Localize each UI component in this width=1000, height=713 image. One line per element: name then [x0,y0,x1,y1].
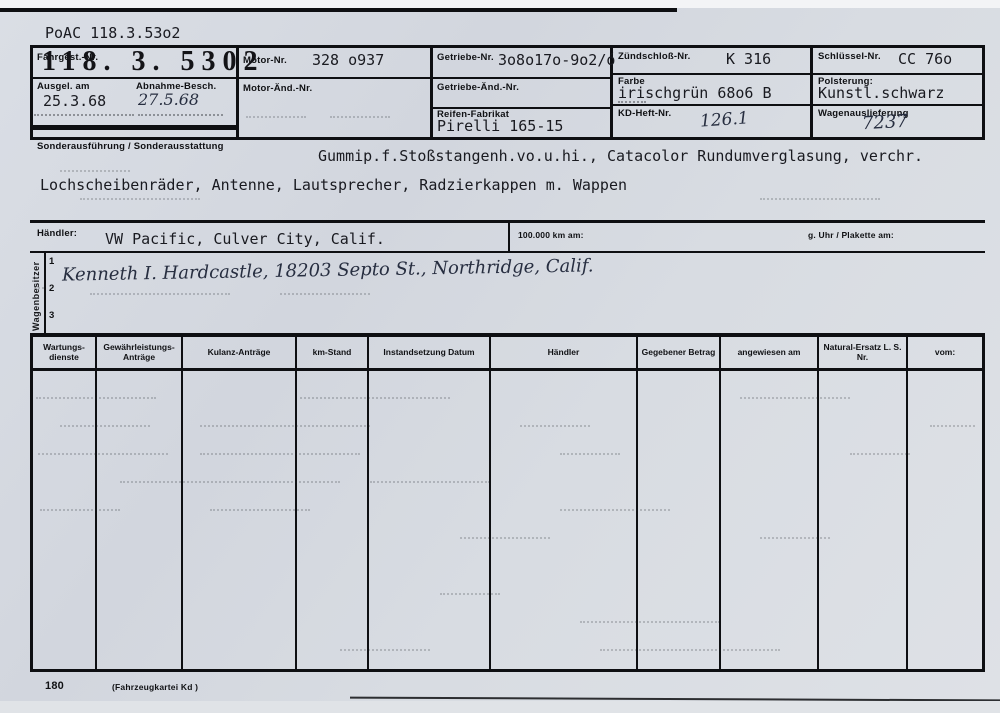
scan-bottom-margin [0,701,1000,713]
dotted-guide-line [560,453,620,455]
kd-heft-label: KD-Heft-Nr. [618,108,671,119]
motor-value: 328 o937 [312,51,384,69]
grid-line [30,251,985,253]
dotted-guide-line [120,481,340,483]
reference-number: PoAC 118.3.53o2 [45,24,180,42]
table-header-kulanz-antraege: Kulanz-Anträge [183,337,295,367]
table-header-wartungsdienste: Wartungs- dienste [33,337,95,367]
motor-aend-label: Motor-Änd.-Nr. [243,83,312,94]
grid-line [610,73,813,75]
table-header-vom: vom: [908,337,982,367]
grid-line [430,45,433,140]
sonder-label: Sonderausführung / Sonderausstattung [37,141,224,152]
table-column-line [489,333,491,672]
dotted-guide-line [210,509,310,511]
table-column-line [295,333,297,672]
zuendschloss-label: Zündschloß-Nr. [618,51,690,62]
dotted-guide-line [300,397,450,399]
dotted-guide-line [138,114,223,116]
footer-note: (Fahrzeugkartei Kd ) [112,682,198,692]
dotted-guide-line [370,481,490,483]
dotted-guide-line [520,425,590,427]
motor-label: Motor-Nr. [243,55,287,66]
sonder-line1: Gummip.f.Stoßstangenh.vo.u.hi., Catacolo… [318,147,923,165]
dotted-guide-line [850,453,910,455]
zuendschloss-value: K 316 [726,50,771,68]
grid-line [30,137,985,140]
dotted-guide-line [90,293,230,295]
owner-row1-value-handwritten: Kenneth I. Hardcastle, 18203 Septo St., … [62,255,594,285]
dotted-guide-line [740,397,850,399]
getriebe-label: Getriebe-Nr. [437,52,494,63]
dotted-guide-line [80,198,200,200]
table-header-angewiesen-am: angewiesen am [721,337,817,367]
table-column-line [817,333,819,672]
owner-row3-number: 3 [49,310,54,321]
table-column-line [906,333,908,672]
haendler-value: VW Pacific, Culver City, Calif. [105,230,385,248]
getriebe-value: 3o8o17o-9o2/ó [498,51,615,69]
dotted-guide-line [330,116,390,118]
dotted-guide-line [760,198,880,200]
grid-line [982,45,985,140]
grid-line [610,104,813,106]
wagenauslieferung-value-handwritten: 7237 [861,111,908,134]
dotted-guide-line [60,425,150,427]
dotted-guide-line [560,509,670,511]
schluessel-value: CC 76o [898,50,952,68]
grid-line [430,77,613,79]
dotted-guide-line [280,293,370,295]
grid-line [810,45,813,140]
grid-line [44,253,46,333]
ausgel-value: 25.3.68 [43,92,106,110]
dotted-guide-line [200,453,360,455]
getriebe-aend-label: Getriebe-Änd.-Nr. [437,82,519,93]
grid-line [236,77,433,79]
owner-row2-number: 2 [49,283,54,294]
dotted-guide-line [40,509,120,511]
table-header-gewaehrleistungs-antraege: Gewährleistungs- Anträge [97,337,181,367]
dotted-guide-line [460,537,550,539]
scan-top-margin [0,0,1000,8]
table-column-line [982,333,985,672]
polsterung-value: Kunstl.schwarz [818,84,944,102]
haendler-label: Händler: [37,228,77,239]
table-header-instandsetzung-datum: Instandsetzung Datum [369,337,489,367]
owner-row1-number: 1 [49,256,54,267]
reifen-value: Pirelli 165-15 [437,117,563,135]
table-header-haendler: Händler [491,337,636,367]
dotted-guide-line [618,101,646,103]
table-column-line [95,333,97,672]
dotted-guide-line [38,453,168,455]
dotted-guide-line [600,649,780,651]
table-header-natural-ersatz: Natural-Ersatz L. S. Nr. [819,337,906,367]
km-100000-label: 100.000 km am: [518,230,584,240]
table-column-line [367,333,369,672]
dotted-guide-line [246,116,306,118]
table-header-border [30,368,985,371]
dotted-guide-line [440,593,500,595]
table-header-km-stand: km-Stand [297,337,367,367]
uhr-plakette-label: g. Uhr / Plakette am: [808,230,894,240]
card-top-edge-line [0,8,677,12]
dotted-guide-line [34,287,44,289]
grid-line [810,73,985,75]
grid-line [810,104,985,106]
schluessel-label: Schlüssel-Nr. [818,51,881,62]
kd-heft-value-handwritten: 126.1 [699,108,749,131]
table-column-line [30,333,33,672]
wagenbesitzer-label: Wagenbesitzer [31,255,41,331]
sonder-line2: Lochscheibenräder, Antenne, Lautsprecher… [40,176,627,194]
table-bottom-border [30,669,985,672]
dotted-guide-line [340,649,430,651]
ausgel-label: Ausgel. am [37,81,90,92]
dotted-guide-line [36,397,156,399]
abnahme-value-handwritten: 27.5.68 [138,90,199,109]
page-number: 180 [45,680,64,692]
table-column-line [181,333,183,672]
dotted-guide-line [930,425,975,427]
fahrgest-value-stamp: 118. 3. 5302 [42,46,264,78]
dotted-guide-line [60,170,130,172]
dotted-guide-line [200,425,370,427]
record-card: PoAC 118.3.53o2 Fahrgest.-Nr. 118. 3. 53… [0,0,1000,713]
dotted-guide-line [760,537,830,539]
dotted-guide-line [34,114,134,116]
grid-line [30,125,239,130]
farbe-value: irischgrün 68o6 B [618,84,772,102]
grid-line [508,223,510,251]
dotted-guide-line [580,621,720,623]
table-header-gegebener-betrag: Gegebener Betrag [638,337,719,367]
